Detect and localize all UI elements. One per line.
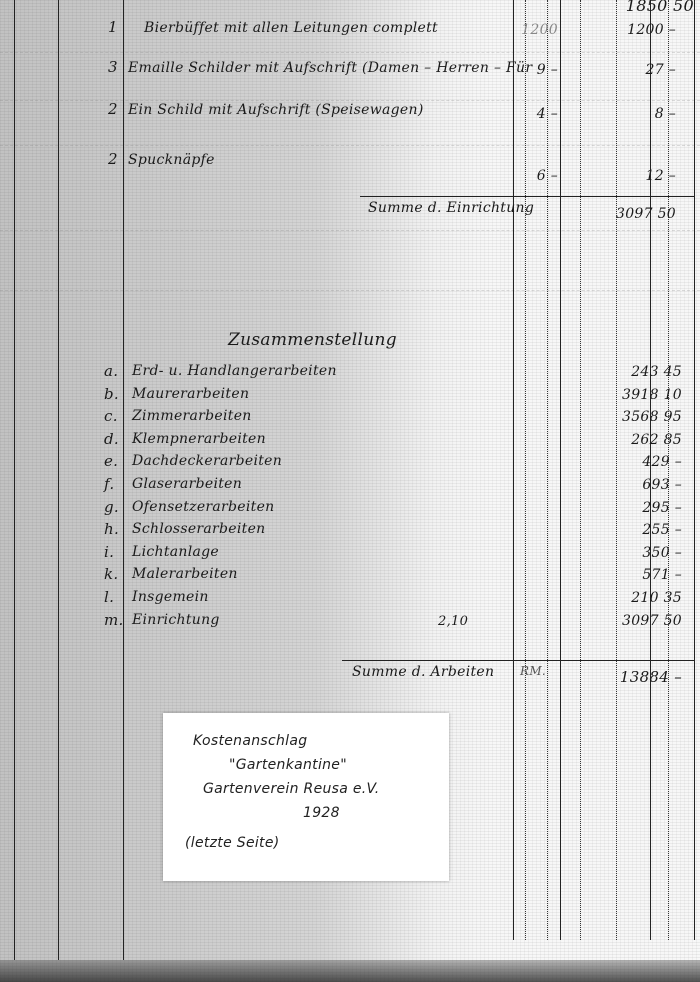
ruling	[0, 230, 700, 231]
item-unit-price: 1200	[508, 22, 558, 38]
summary-label: Schlosserarbeiten	[132, 521, 266, 537]
summary-label: Lichtanlage	[132, 544, 219, 560]
summary-label: Malerarbeiten	[132, 566, 238, 582]
summary-letter: f.	[104, 475, 114, 493]
summary-letter: m.	[104, 611, 124, 629]
margin-line	[58, 0, 59, 960]
summary-label: Einrichtung	[132, 612, 220, 628]
summary-amount: 3568 95	[596, 409, 682, 425]
item-amount: 27 –	[596, 62, 676, 78]
summary-amount: 571 –	[596, 567, 682, 583]
ruling	[0, 52, 700, 53]
ruling	[0, 145, 700, 146]
equipment-total-label: Summe d. Einrichtung	[368, 200, 534, 216]
item-amount: 8 –	[596, 106, 676, 122]
summary-letter: b.	[104, 385, 119, 403]
label-note: (letzte Seite)	[185, 835, 280, 851]
item-qty: 2	[108, 150, 118, 168]
side-note: 2,10	[438, 614, 468, 629]
total-rule	[342, 660, 694, 661]
summary-letter: h.	[104, 520, 119, 538]
column-line	[513, 0, 514, 940]
item-unit-price: 6 –	[510, 168, 558, 184]
summary-label: Dachdeckerarbeiten	[132, 453, 282, 469]
summary-letter: g.	[104, 498, 119, 516]
item-qty: 2	[108, 100, 118, 118]
item-description: Bierbüffet mit allen Leitungen complett	[144, 20, 438, 36]
summary-letter: a.	[104, 362, 118, 380]
summary-label: Erd- u. Handlangerarbeiten	[132, 363, 337, 379]
ruling	[0, 100, 700, 101]
item-description: Spucknäpfe	[128, 152, 215, 168]
summary-letter: i.	[104, 543, 114, 561]
summary-amount: 3097 50	[596, 613, 682, 629]
summary-label: Zimmerarbeiten	[132, 408, 252, 424]
margin-line	[123, 0, 124, 960]
summary-amount: 255 –	[596, 522, 682, 538]
carry-over-amount: 1850 50	[600, 0, 694, 15]
column-line	[694, 0, 695, 940]
item-description: Emaille Schilder mit Aufschrift (Damen –…	[128, 60, 532, 76]
summary-letter: d.	[104, 430, 119, 448]
summary-letter: c.	[104, 407, 118, 425]
works-total-currency: RM.	[520, 664, 546, 678]
summary-amount: 295 –	[596, 500, 682, 516]
item-qty: 1	[108, 18, 118, 36]
column-line	[580, 0, 581, 940]
summary-amount: 243 45	[596, 364, 682, 380]
equipment-total: 3097 50	[596, 206, 676, 222]
total-rule	[360, 196, 694, 197]
column-line	[525, 0, 526, 940]
summary-label: Ofensetzerarbeiten	[132, 499, 275, 515]
item-unit-price: 9 –	[510, 62, 558, 78]
summary-letter: e.	[104, 452, 118, 470]
summary-amount: 262 85	[596, 432, 682, 448]
summary-letter: l.	[104, 588, 114, 606]
summary-heading: Zusammenstellung	[228, 330, 397, 350]
summary-amount: 3918 10	[596, 387, 682, 403]
archive-label-card: Kostenanschlag "Gartenkantine" Gartenver…	[163, 713, 449, 881]
summary-label: Insgemein	[132, 589, 209, 605]
item-description: Ein Schild mit Aufschrift (Speisewagen)	[128, 102, 424, 118]
item-amount: 12 –	[596, 168, 676, 184]
item-amount: 1200 –	[596, 22, 676, 38]
summary-letter: k.	[104, 565, 118, 583]
label-year: 1928	[303, 805, 340, 821]
summary-label: Maurerarbeiten	[132, 386, 249, 402]
ruling	[0, 290, 700, 291]
paper-bottom-edge	[0, 960, 700, 982]
column-line	[560, 0, 561, 940]
item-unit-price: 4 –	[510, 106, 558, 122]
label-title: Kostenanschlag	[193, 733, 307, 749]
works-total-label: Summe d. Arbeiten	[352, 664, 494, 680]
summary-amount: 210 35	[596, 590, 682, 606]
item-qty: 3	[108, 58, 118, 76]
summary-label: Glaserarbeiten	[132, 476, 242, 492]
label-organization: Gartenverein Reusa e.V.	[203, 781, 380, 797]
summary-label: Klempnerarbeiten	[132, 431, 266, 447]
works-total: 13884 –	[586, 668, 682, 686]
document-page: 1850 50 1 Bierbüffet mit allen Leitungen…	[0, 0, 700, 982]
summary-amount: 350 –	[596, 545, 682, 561]
column-line	[547, 0, 548, 940]
summary-amount: 429 –	[596, 454, 682, 470]
margin-line	[14, 0, 15, 960]
label-project: "Gartenkantine"	[229, 757, 347, 773]
summary-amount: 693 –	[596, 477, 682, 493]
